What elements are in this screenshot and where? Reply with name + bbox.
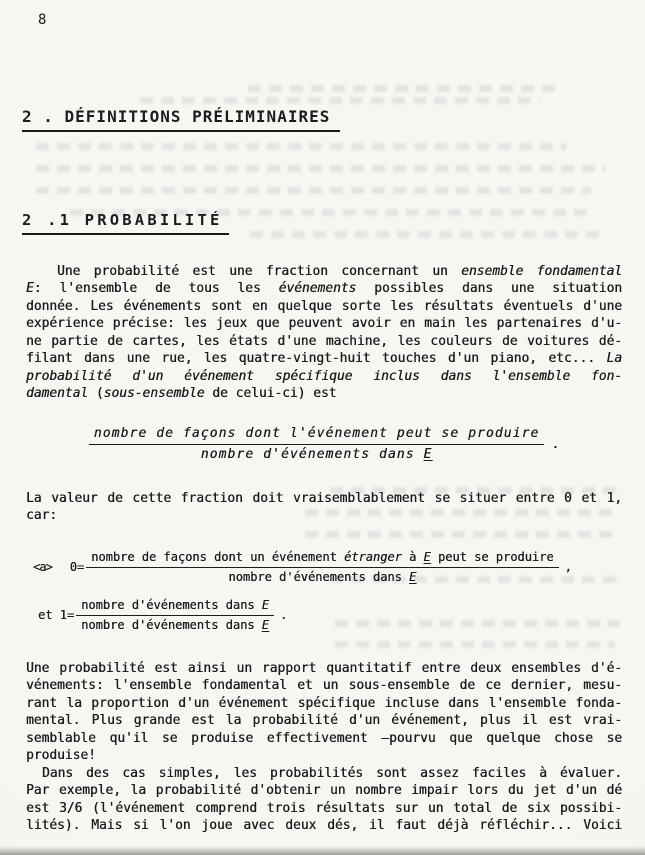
text-segment: mental. Plus grande est la probabilité d… — [26, 713, 622, 728]
fraction-denominator: nombre d'événements dans E — [76, 616, 274, 632]
text-line: rant la proportion d'un événement spécif… — [26, 695, 622, 712]
text-segment: E — [26, 281, 34, 296]
text-line: E: l'ensemble de tous les événements pos… — [26, 280, 622, 297]
equation-a-lhs: 0= — [70, 560, 84, 574]
equation-a-label: <a> — [33, 560, 52, 574]
text-segment: lités). Mais si l'on joue avec deux dés,… — [26, 818, 622, 833]
text-segment: sous-ensemble — [104, 386, 205, 401]
fraction: nombre de façons dont l'événement peut s… — [89, 426, 545, 462]
scan-edge-shadow — [0, 846, 645, 855]
scanned-document-page: 8 2 . DÉFINITIONS PRÉLIMINAIRES 2 .1 PRO… — [0, 0, 645, 855]
text-segment: filant dans une rue, les quatre-vingt-hu… — [26, 351, 606, 366]
text-segment: ( — [88, 386, 104, 401]
text-line: car: — [26, 507, 622, 524]
text-line: La valeur de cette fraction doit vraisem… — [26, 490, 622, 507]
equation-b: et 1= nombre d'événements dans E nombre … — [38, 598, 287, 632]
text-segment: donnée. Les événements sont en quelque s… — [26, 299, 622, 314]
text-segment: semblable qu'il se produise effectivemen… — [26, 731, 622, 746]
text-line: Par exemple, la probabilité d'obtenir un… — [26, 782, 622, 799]
text-segment: nombre d'événements dans — [81, 618, 262, 632]
text-segment: car: — [26, 508, 57, 523]
text-segment: Une probabilité est ainsi un rapport qua… — [26, 661, 622, 676]
probability-definition-fraction: nombre de façons dont l'événement peut s… — [26, 426, 622, 462]
text-line: est 3/6 (l'événement comprend trois résu… — [26, 800, 622, 817]
equation-a: <a> 0= nombre de façons dont un événemen… — [33, 550, 572, 584]
subsection-heading: 2 .1 PROBABILITÉ — [22, 211, 229, 235]
text-segment: La — [606, 351, 622, 366]
fraction-numerator: nombre de façons dont l'événement peut s… — [89, 426, 545, 445]
fraction-numerator: nombre de façons dont un événement étran… — [86, 550, 558, 568]
text-line: mental. Plus grande est la probabilité d… — [26, 712, 622, 729]
text-line: vénements: l'ensemble fondamental et un … — [26, 677, 622, 694]
text-segment: E — [424, 550, 431, 564]
text-layer: 8 2 . DÉFINITIONS PRÉLIMINAIRES 2 .1 PRO… — [0, 0, 645, 855]
text-segment: nombre d'événements dans — [201, 447, 424, 462]
equation-a-suffix: , — [565, 560, 572, 574]
text-segment: possibles dans une situation — [356, 281, 622, 296]
paragraph-summary: Une probabilité est ainsi un rapport qua… — [26, 660, 622, 835]
fraction-suffix: . — [551, 437, 559, 452]
page-number: 8 — [38, 12, 46, 28]
text-segment: Dans des cas simples, les probabilités s… — [42, 766, 622, 781]
text-line: produise! — [26, 747, 622, 764]
text-segment: vénements: l'ensemble fondamental et un … — [26, 678, 622, 693]
equation-b-lhs: et 1= — [38, 608, 74, 622]
fraction-denominator: nombre d'événements dans E — [86, 568, 558, 584]
text-segment: E — [262, 598, 269, 612]
text-segment: à — [402, 550, 424, 564]
text-segment: rant la proportion d'un événement spécif… — [26, 696, 622, 711]
text-segment: ensemble fondamental — [461, 264, 622, 279]
text-segment: expérience précise: les jeux que peuvent… — [26, 316, 622, 331]
section-heading: 2 . DÉFINITIONS PRÉLIMINAIRES — [22, 107, 340, 132]
text-line: damental (sous-ensemble de celui-ci) est — [26, 385, 622, 402]
text-line: donnée. Les événements sont en quelque s… — [26, 298, 622, 315]
text-segment: étranger — [344, 550, 402, 564]
equation-b-suffix: . — [280, 608, 287, 622]
text-line: semblable qu'il se produise effectivemen… — [26, 730, 622, 747]
text-segment: E — [424, 447, 433, 462]
text-segment: probabilité d'un événement spécifique in… — [26, 369, 622, 384]
text-segment: produise! — [26, 748, 96, 763]
fraction-numerator: nombre d'événements dans E — [76, 598, 274, 616]
text-segment: nombre de façons dont un événement — [91, 550, 344, 564]
text-segment: de celui-ci) est — [205, 386, 337, 401]
text-line: probabilité d'un événement spécifique in… — [26, 368, 622, 385]
text-segment: E — [262, 618, 269, 632]
text-line: lités). Mais si l'on joue avec deux dés,… — [26, 817, 622, 834]
fraction-denominator: nombre d'événements dans E — [89, 445, 545, 462]
text-line: Une probabilité est ainsi un rapport qua… — [26, 660, 622, 677]
text-line: expérience précise: les jeux que peuvent… — [26, 315, 622, 332]
text-segment: : l'ensemble de tous les — [34, 281, 279, 296]
text-segment: est 3/6 (l'événement comprend trois résu… — [26, 801, 622, 816]
text-segment: La valeur de cette fraction doit vraisem… — [26, 491, 622, 506]
text-line: Dans des cas simples, les probabilités s… — [26, 765, 622, 782]
text-line: Une probabilité est une fraction concern… — [26, 263, 622, 280]
text-segment: E — [409, 570, 416, 584]
text-line: filant dans une rue, les quatre-vingt-hu… — [26, 350, 622, 367]
fraction: nombre de façons dont un événement étran… — [86, 550, 558, 584]
text-line: ne partie de cartes, les états d'une mac… — [26, 333, 622, 350]
text-segment: événements — [279, 281, 357, 296]
fraction: nombre d'événements dans E nombre d'évén… — [76, 598, 274, 632]
paragraph-intro: Une probabilité est une fraction concern… — [26, 263, 622, 403]
text-segment: Par exemple, la probabilité d'obtenir un… — [26, 783, 622, 798]
text-segment: peut se produire — [431, 550, 554, 564]
text-segment: nombre d'événements dans — [81, 598, 262, 612]
paragraph-bridge: La valeur de cette fraction doit vraisem… — [26, 490, 622, 525]
text-segment: Une probabilité est une fraction concern… — [57, 264, 461, 279]
text-segment: ne partie de cartes, les états d'une mac… — [26, 334, 622, 349]
text-segment: nombre d'événements dans — [228, 570, 409, 584]
text-segment: nombre de façons dont l'événement peut s… — [94, 426, 540, 441]
text-segment: damental — [26, 386, 88, 401]
